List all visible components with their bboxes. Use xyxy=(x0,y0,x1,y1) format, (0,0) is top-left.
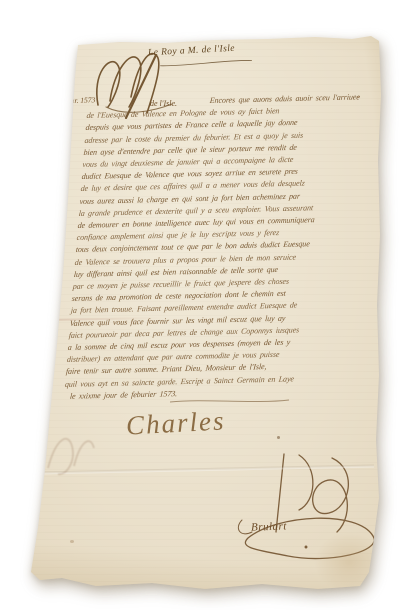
foxing-speck xyxy=(70,540,74,543)
corner-discoloration xyxy=(314,532,384,592)
letter-body: Encores que auons aduis auoir sceu l'arr… xyxy=(63,91,370,403)
manuscript-letter: 6 Le Roy a M. de l'Isle 29. feur. 1573 d… xyxy=(0,0,406,610)
royal-signature-charles: Charles xyxy=(125,405,226,441)
foxing-speck xyxy=(277,436,280,439)
ink-bleedthrough-ghost xyxy=(38,418,128,488)
foxing-speck xyxy=(357,96,360,98)
aged-paper-sheet: 6 Le Roy a M. de l'Isle 29. feur. 1573 d… xyxy=(0,0,406,610)
collection-mark: 6 xyxy=(37,70,43,81)
closing-swash-flourish xyxy=(170,398,290,404)
auction-photograph: 6 Le Roy a M. de l'Isle 29. feur. 1573 d… xyxy=(0,0,406,610)
secretary-signature-brulart: Brulart xyxy=(251,520,287,533)
